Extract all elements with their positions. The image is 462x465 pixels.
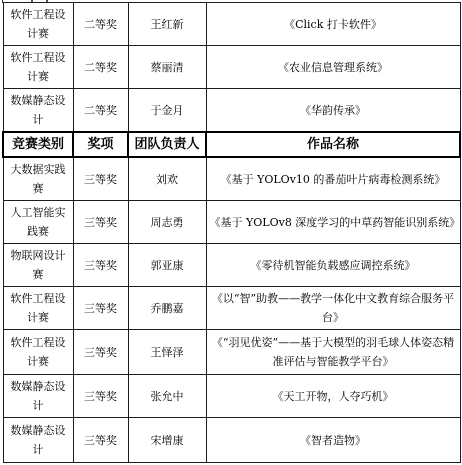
category-cell: 大数据实践赛: [3, 157, 73, 201]
work-title-cell: 《基于 YOLOv10 的番茄叶片病毒检测系统》: [206, 157, 460, 201]
table-row: 软件工程设计赛 二等奖 王红新 《Click 打卡软件》: [3, 3, 460, 46]
table-row: 软件工程设计赛 三等奖 乔鹏嘉 《以“智”助教——教学一体化中文教育综合服务平台…: [3, 287, 460, 330]
category-cell: 软件工程设计赛: [3, 330, 73, 375]
work-title-cell: 《农业信息管理系统》: [206, 46, 460, 89]
category-cell: 人工智能实践赛: [3, 201, 73, 244]
work-title-cell: 《华韵传承》: [206, 89, 460, 133]
leader-cell: 王红新: [128, 3, 206, 46]
work-title-cell: 《Click 打卡软件》: [206, 3, 460, 46]
leader-cell: 乔鹏嘉: [128, 287, 206, 330]
header-category: 竞赛类别: [3, 132, 73, 157]
leader-cell: 张允中: [128, 375, 206, 418]
award-cell: 二等奖: [73, 89, 128, 133]
award-cell: 三等奖: [73, 201, 128, 244]
leader-cell: 郭亚康: [128, 244, 206, 287]
header-award: 奖项: [73, 132, 128, 157]
award-cell: 三等奖: [73, 418, 128, 463]
award-cell: 二等奖: [73, 46, 128, 89]
document-page: 软件工程设计赛 二等奖 王红新 《Click 打卡软件》 软件工程设计赛 二等奖…: [0, 0, 462, 465]
work-title-cell: 《以“智”助教——教学一体化中文教育综合服务平台》: [206, 287, 460, 330]
table-header-row: 竞赛类别 奖项 团队负责人 作品名称: [3, 132, 460, 157]
header-work: 作品名称: [206, 132, 460, 157]
category-cell: 软件工程设计赛: [3, 287, 73, 330]
category-cell: 数媒静态设计: [3, 89, 73, 133]
leader-cell: 宋增康: [128, 418, 206, 463]
work-title-cell: 《零待机智能负载感应调控系统》: [206, 244, 460, 287]
leader-cell: 周志勇: [128, 201, 206, 244]
award-cell: 三等奖: [73, 287, 128, 330]
table-row: 软件工程设计赛 三等奖 王怿泽 《“羽见优姿”——基于大模型的羽毛球人体姿态精准…: [3, 330, 460, 375]
leader-cell: 于金月: [128, 89, 206, 133]
award-cell: 三等奖: [73, 330, 128, 375]
table-row: 数媒静态设计 三等奖 宋增康 《智者造物》: [3, 418, 460, 463]
award-cell: 三等奖: [73, 157, 128, 201]
category-cell: 软件工程设计赛: [3, 46, 73, 89]
table-row: 数媒静态设计 三等奖 张允中 《天工开物，人夺巧机》: [3, 375, 460, 418]
table-row: 软件工程设计赛 二等奖 蔡丽清 《农业信息管理系统》: [3, 46, 460, 89]
table-row: 数媒静态设计 二等奖 于金月 《华韵传承》: [3, 89, 460, 133]
work-title-cell: 《天工开物，人夺巧机》: [206, 375, 460, 418]
header-leader: 团队负责人: [128, 132, 206, 157]
category-cell: 软件工程设计赛: [3, 3, 73, 46]
leader-cell: 刘欢: [128, 157, 206, 201]
award-cell: 二等奖: [73, 3, 128, 46]
category-cell: 数媒静态设计: [3, 375, 73, 418]
award-cell: 三等奖: [73, 244, 128, 287]
category-cell: 数媒静态设计: [3, 418, 73, 463]
leader-cell: 蔡丽清: [128, 46, 206, 89]
work-title-cell: 《智者造物》: [206, 418, 460, 463]
awards-table: 软件工程设计赛 二等奖 王红新 《Click 打卡软件》 软件工程设计赛 二等奖…: [2, 2, 461, 463]
work-title-cell: 《基于 YOLOv8 深度学习的中草药智能识别系统》: [206, 201, 460, 244]
award-cell: 三等奖: [73, 375, 128, 418]
leader-cell: 王怿泽: [128, 330, 206, 375]
work-title-cell: 《“羽见优姿”——基于大模型的羽毛球人体姿态精准评估与智能教学平台》: [206, 330, 460, 375]
category-cell: 物联网设计赛: [3, 244, 73, 287]
table-row: 大数据实践赛 三等奖 刘欢 《基于 YOLOv10 的番茄叶片病毒检测系统》: [3, 157, 460, 201]
table-row: 人工智能实践赛 三等奖 周志勇 《基于 YOLOv8 深度学习的中草药智能识别系…: [3, 201, 460, 244]
table-row: 物联网设计赛 三等奖 郭亚康 《零待机智能负载感应调控系统》: [3, 244, 460, 287]
